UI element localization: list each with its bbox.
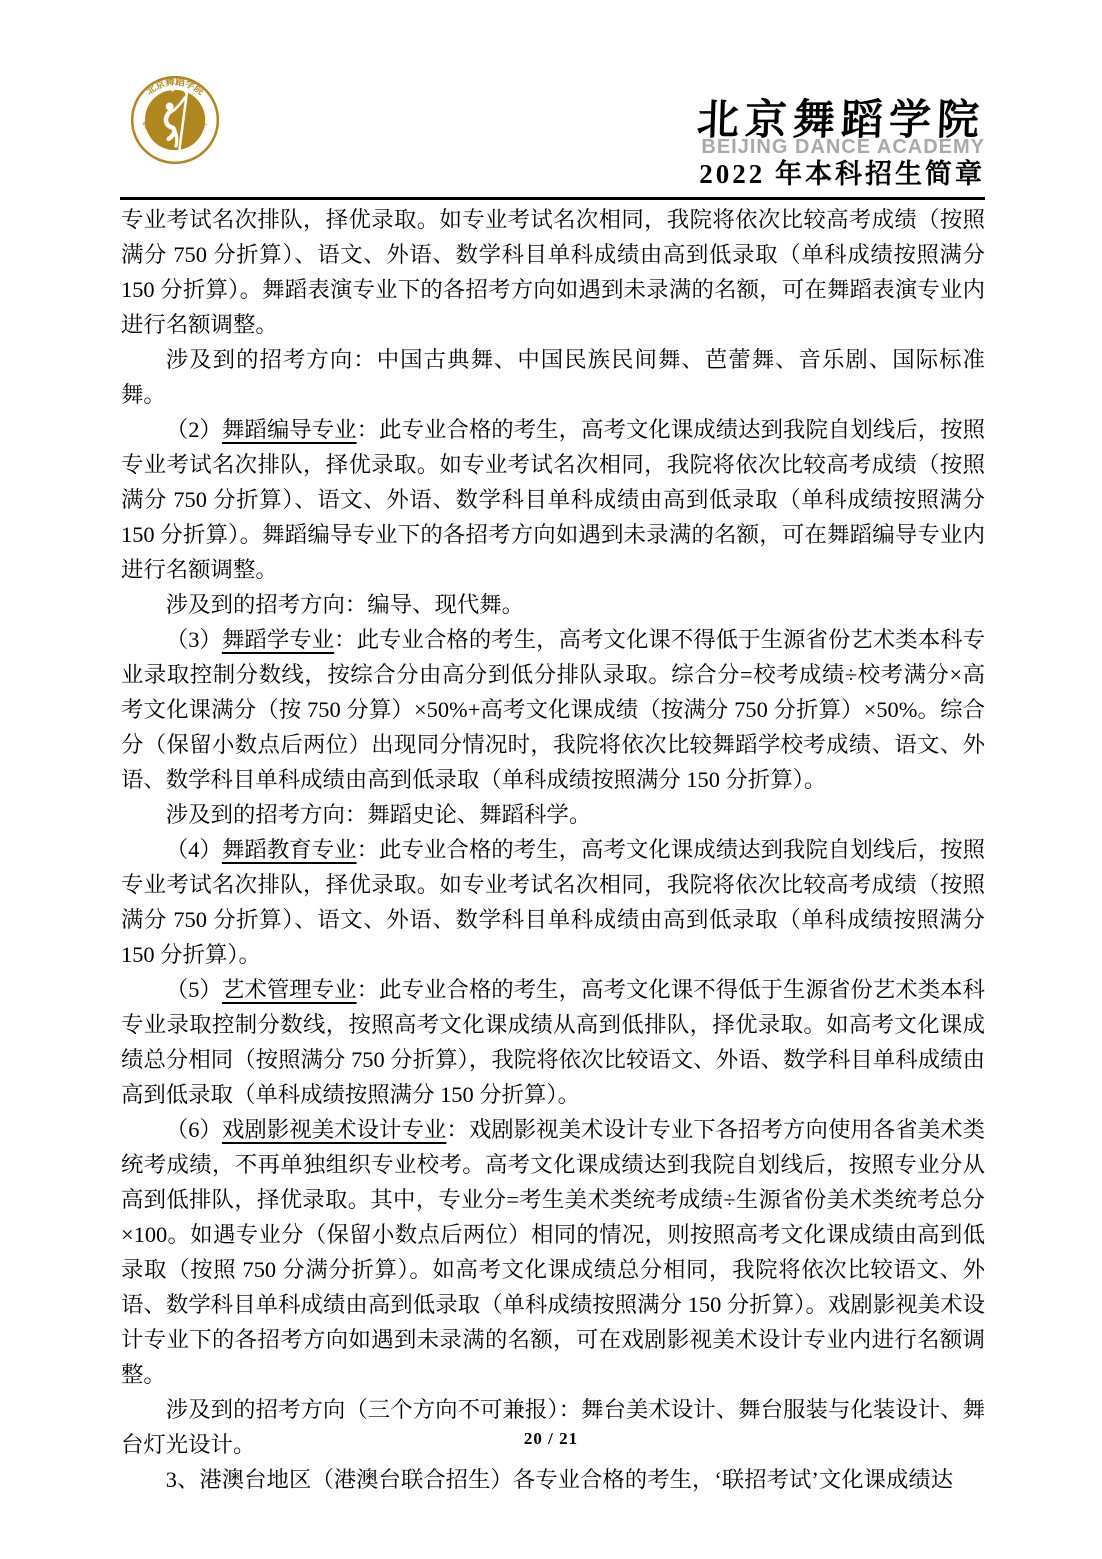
page-number: 20 / 21 — [0, 1429, 1102, 1449]
paragraph-text: 涉及到的招考方向：中国古典舞、中国民族民间舞、芭蕾舞、音乐剧、国际标准舞。 — [121, 347, 985, 407]
paragraph-text: （5） — [166, 977, 222, 1002]
document-title: 2022 年本科招生简章 — [697, 160, 985, 190]
document-body: 专业考试名次排队，择优录取。如专业考试名次相同，我院将依次比较高考成绩（按照满分… — [121, 202, 985, 1497]
paragraph-text: 3、港澳台地区（港澳台联合招生）各专业合格的考生，‘联招考试’文化课成绩达 — [166, 1467, 953, 1492]
paragraph-text: （6） — [166, 1117, 222, 1142]
document-page: 北京舞蹈学院 BEIJING DANCE ACADEMY 北京舞蹈学院 BEIJ… — [0, 0, 1102, 1559]
university-seal-logo: 北京舞蹈学院 BEIJING DANCE ACADEMY — [130, 75, 220, 165]
paragraph-text: 涉及到的招考方向：编导、现代舞。 — [166, 592, 524, 617]
paragraph-directions-performance: 涉及到的招考方向：中国古典舞、中国民族民间舞、芭蕾舞、音乐剧、国际标准舞。 — [121, 342, 985, 412]
paragraph-directions-choreography: 涉及到的招考方向：编导、现代舞。 — [121, 587, 985, 622]
major-name-underlined: 舞蹈学专业 — [222, 627, 334, 652]
header-brand-block: 北京舞蹈学院 BEIJING DANCE ACADEMY 2022 年本科招生简… — [697, 100, 985, 190]
paragraph-text: 涉及到的招考方向：舞蹈史论、舞蹈科学。 — [166, 802, 591, 827]
paragraph-arts-management-major: （5）艺术管理专业：此专业合格的考生，高考文化课不得低于生源省份艺术类本科专业录… — [121, 972, 985, 1112]
paragraph-text: （4） — [166, 837, 222, 862]
paragraph-text: （3） — [166, 627, 222, 652]
paragraph-choreography-major: （2）舞蹈编导专业：此专业合格的考生，高考文化课成绩达到我院自划线后，按照专业考… — [121, 412, 985, 587]
major-name-underlined: 戏剧影视美术设计专业 — [222, 1117, 446, 1142]
major-name-underlined: 艺术管理专业 — [222, 977, 357, 1002]
major-name-underlined: 舞蹈编导专业 — [222, 417, 357, 442]
paragraph-dance-studies-major: （3）舞蹈学专业：此专业合格的考生，高考文化课不得低于生源省份艺术类本科专业录取… — [121, 622, 985, 797]
paragraph-text: ：戏剧影视美术设计专业下各招考方向使用各省美术类统考成绩，不再单独组织专业校考。… — [121, 1117, 985, 1387]
paragraph-directions-stage-design: 涉及到的招考方向（三个方向不可兼报）：舞台美术设计、舞台服装与化装设计、舞台灯光… — [121, 1392, 985, 1462]
paragraph-continuation: 专业考试名次排队，择优录取。如专业考试名次相同，我院将依次比较高考成绩（按照满分… — [121, 202, 985, 342]
brand-name-chinese: 北京舞蹈学院 — [696, 100, 985, 142]
paragraph-directions-dance-studies: 涉及到的招考方向：舞蹈史论、舞蹈科学。 — [121, 797, 985, 832]
major-name-underlined: 舞蹈教育专业 — [222, 837, 357, 862]
paragraph-text: （2） — [166, 417, 222, 442]
paragraph-stage-design-major: （6）戏剧影视美术设计专业：戏剧影视美术设计专业下各招考方向使用各省美术类统考成… — [121, 1112, 985, 1392]
paragraph-text: 专业考试名次排队，择优录取。如专业考试名次相同，我院将依次比较高考成绩（按照满分… — [121, 207, 985, 337]
paragraph-hk-macao-taiwan: 3、港澳台地区（港澳台联合招生）各专业合格的考生，‘联招考试’文化课成绩达 — [121, 1462, 985, 1497]
header-divider-rule — [120, 197, 985, 200]
paragraph-dance-education-major: （4）舞蹈教育专业：此专业合格的考生，高考文化课成绩达到我院自划线后，按照专业考… — [121, 832, 985, 972]
